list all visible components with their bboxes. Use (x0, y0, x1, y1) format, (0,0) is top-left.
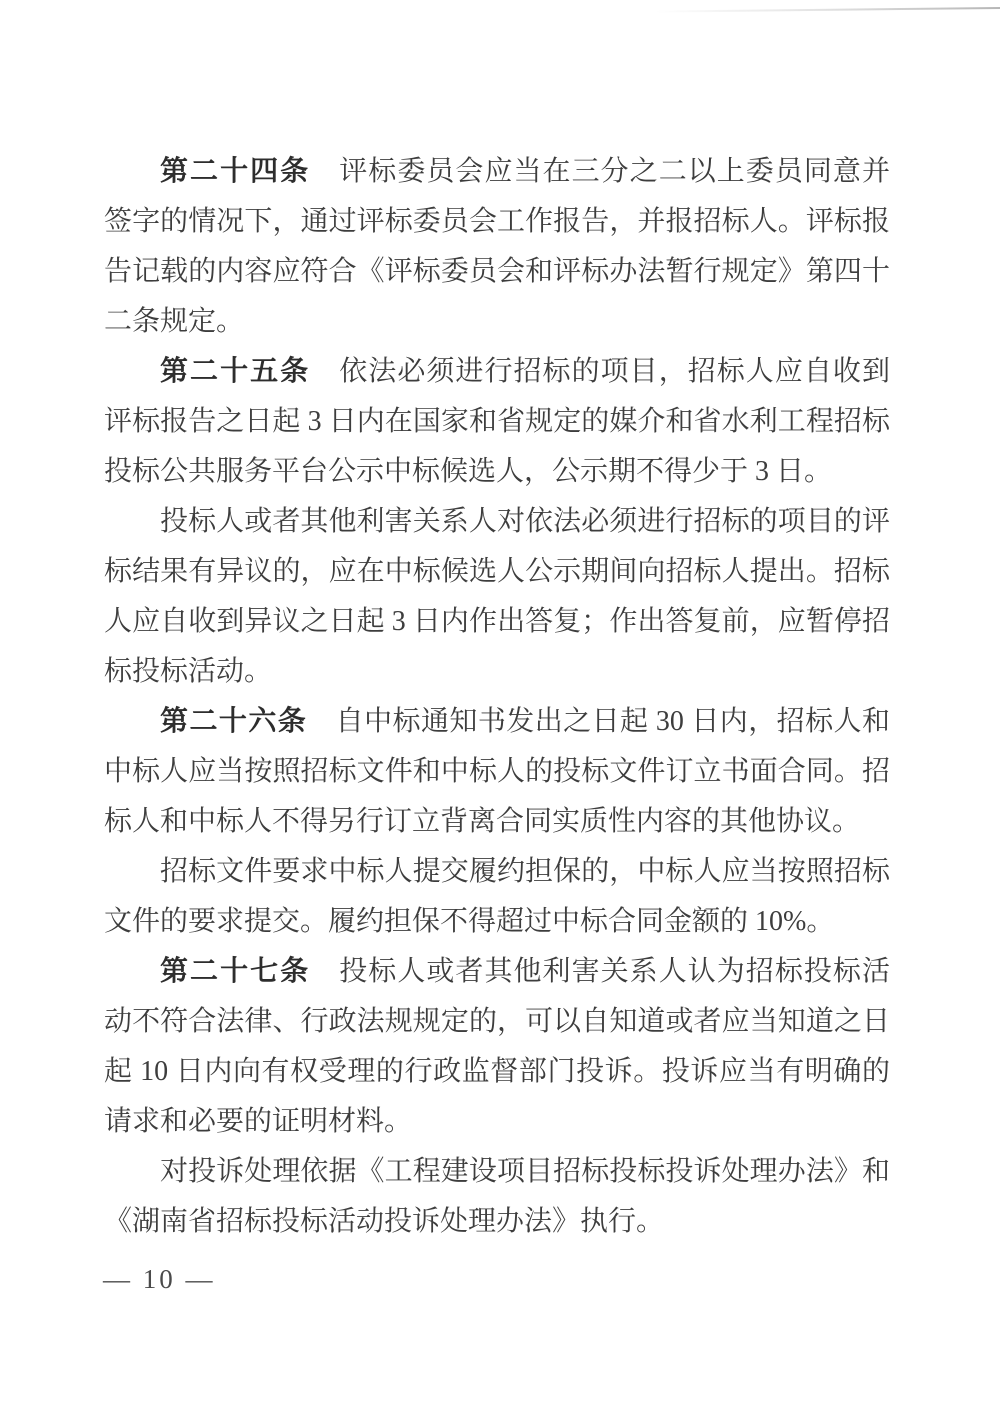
paragraph-article-27: 第二十七条 投标人或者其他利害关系人认为招标投标活动不符合法律、行政法规规定的，… (104, 947, 890, 1147)
paragraph-text: 招标文件要求中标人提交履约担保的，中标人应当按照招标文件的要求提交。履约担保不得… (104, 856, 890, 937)
paragraph-text: 投标人或者其他利害关系人对依法必须进行招标的项目的评标结果有异议的，应在中标候选… (104, 506, 890, 687)
article-number: 第二十四条 (160, 156, 310, 187)
article-number: 第二十七条 (160, 956, 310, 987)
paragraph-text: 对投诉处理依据《工程建设项目招标投标投诉处理办法》和《湖南省招标投标活动投诉处理… (104, 1156, 890, 1237)
document-body: 第二十四条 评标委员会应当在三分之二以上委员同意并签字的情况下，通过评标委员会工… (104, 147, 890, 1247)
document-page: 第二十四条 评标委员会应当在三分之二以上委员同意并签字的情况下，通过评标委员会工… (0, 0, 1000, 1413)
page-number: — 10 — (103, 1263, 216, 1295)
paragraph-article-25: 第二十五条 依法必须进行招标的项目，招标人应自收到评标报告之日起 3 日内在国家… (104, 347, 890, 497)
scan-artifact-line (655, 7, 1000, 13)
paragraph-performance-guarantee: 招标文件要求中标人提交履约担保的，中标人应当按照招标文件的要求提交。履约担保不得… (104, 847, 890, 947)
article-number: 第二十五条 (160, 356, 310, 387)
article-number: 第二十六条 (160, 706, 307, 737)
paragraph-article-24: 第二十四条 评标委员会应当在三分之二以上委员同意并签字的情况下，通过评标委员会工… (104, 147, 890, 347)
paragraph-objection: 投标人或者其他利害关系人对依法必须进行招标的项目的评标结果有异议的，应在中标候选… (104, 497, 890, 697)
paragraph-complaint-handling: 对投诉处理依据《工程建设项目招标投标投诉处理办法》和《湖南省招标投标活动投诉处理… (104, 1147, 890, 1247)
paragraph-article-26: 第二十六条 自中标通知书发出之日起 30 日内，招标人和中标人应当按照招标文件和… (104, 697, 890, 847)
